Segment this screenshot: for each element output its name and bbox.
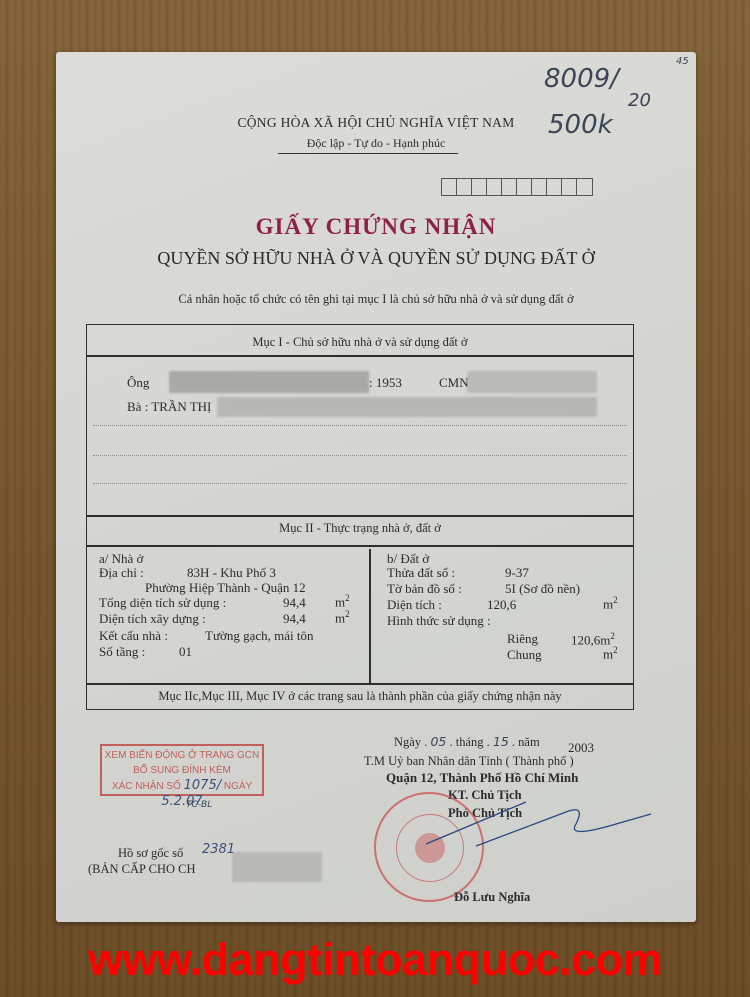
house-structure: Tường gạch, mái tôn [205,628,314,644]
house-build-area-label: Diện tích xây dựng : [99,611,206,627]
house-build-area: 94,4 [283,611,306,627]
original-file-label: Hồ sơ gốc số [118,846,183,861]
signature-scribble [416,794,656,854]
certificate-title: GIẤY CHỨNG NHẬN [56,214,696,240]
certificate-paper: 8009/ 20 500k 45 CỘNG HÒA XÃ HỘI CHỦ NGH… [56,52,696,922]
land-shared-label: Chung [507,647,542,663]
motto-underline [278,153,458,154]
section-2-column-divider [369,549,371,684]
stamp-handwritten-code: TC-BL [186,800,212,810]
house-floors: 01 [179,644,192,660]
footer-note-divider [87,683,633,685]
handwritten-note-number: 8009/ [544,64,619,94]
land-map-sheet: 5I (Sơ đồ nền) [505,581,580,597]
redacted-owner-1-id [467,371,597,393]
blank-line [93,455,627,456]
handwritten-note-fraction: 20 [628,90,651,111]
section-1-heading: Mục I - Chủ sở hữu nhà ở và sử dụng đất … [87,335,633,350]
land-parcel-label: Thửa đất số : [387,565,455,581]
land-usage-label: Hình thức sử dụng : [387,613,491,629]
website-watermark: www.dangtintoanquoc.com [0,934,750,986]
issue-date: Ngày . 05 . tháng . 15 . năm [394,734,540,750]
house-build-area-unit: m2 [335,609,350,626]
house-address-line-1: 83H - Khu Phố 3 [187,565,276,581]
certificate-intro: Cá nhân hoặc tổ chức có tên ghi tại mục … [56,292,696,307]
land-area-unit: m2 [603,595,618,612]
land-map-sheet-label: Tờ bản đồ số : [387,581,462,597]
land-private-label: Riêng [507,631,538,647]
original-file-number: 2381 [202,842,235,857]
house-total-area: 94,4 [283,595,306,611]
authority-line-1: T.M Uỷ ban Nhân dân Tỉnh ( Thành phố ) [364,754,574,769]
section-2-divider [87,545,633,547]
section-2-top-divider [87,515,633,517]
owner-1-birth-year: : 1953 [369,375,402,391]
signer-name: Đỗ Lưu Nghĩa [454,890,530,905]
blank-line [93,425,627,426]
stamp-line-2: BỔ SUNG ĐÍNH KÈM [102,763,262,778]
handwritten-corner-number: 45 [676,56,689,67]
national-motto: Độc lập - Tự do - Hạnh phúc [56,136,696,151]
stamp-line-3: XÁC NHẬN SỐ 1075/ NGÀY 5.2.07 [102,778,262,810]
section-1-divider [87,355,633,357]
redacted-copy-recipient [232,852,322,882]
copy-issued-label: (BẢN CẤP CHO CH [88,862,196,877]
owner-1-id-label: CMN [439,375,469,391]
house-floors-label: Số tầng : [99,644,145,660]
stamp-line-1: XEM BIẾN ĐỘNG Ở TRANG GCN [102,748,262,763]
owner-1-prefix: Ông [127,375,149,391]
redacted-owner-2-name [217,397,597,417]
house-structure-label: Kết cấu nhà : [99,628,168,644]
redacted-owner-1-name [169,371,369,393]
certificate-frame: Mục I - Chủ sở hữu nhà ở và sử dụng đất … [86,324,634,710]
section-2-heading: Mục II - Thực trạng nhà ở, đất ở [87,521,633,536]
house-address-label: Địa chỉ : [99,565,144,581]
land-area-label: Diện tích : [387,597,442,613]
owner-2-prefix: Bà : TRẦN THỊ [127,399,211,415]
house-address-line-2: Phường Hiệp Thành - Quận 12 [145,580,306,596]
certificate-subtitle: QUYỀN SỞ HỮU NHÀ Ở VÀ QUYỀN SỬ DỤNG ĐẤT … [56,248,696,269]
land-area: 120,6 [487,597,516,613]
land-shared-area-unit: m2 [603,645,618,662]
national-title: CỘNG HÒA XÃ HỘI CHỦ NGHĨA VIỆT NAM [56,115,696,131]
authority-line-2: Quận 12, Thành Phố Hồ Chí Minh [386,770,578,786]
land-parcel-number: 9-37 [505,565,529,581]
house-total-area-unit: m2 [335,593,350,610]
footer-note: Mục IIc,Mục III, Mục IV ở các trang sau … [87,689,633,704]
serial-number-boxes [441,178,593,196]
amendment-stamp: XEM BIẾN ĐỘNG Ở TRANG GCN BỔ SUNG ĐÍNH K… [100,744,264,796]
house-total-area-label: Tổng diện tích sử dụng : [99,595,226,611]
blank-line [93,483,627,484]
